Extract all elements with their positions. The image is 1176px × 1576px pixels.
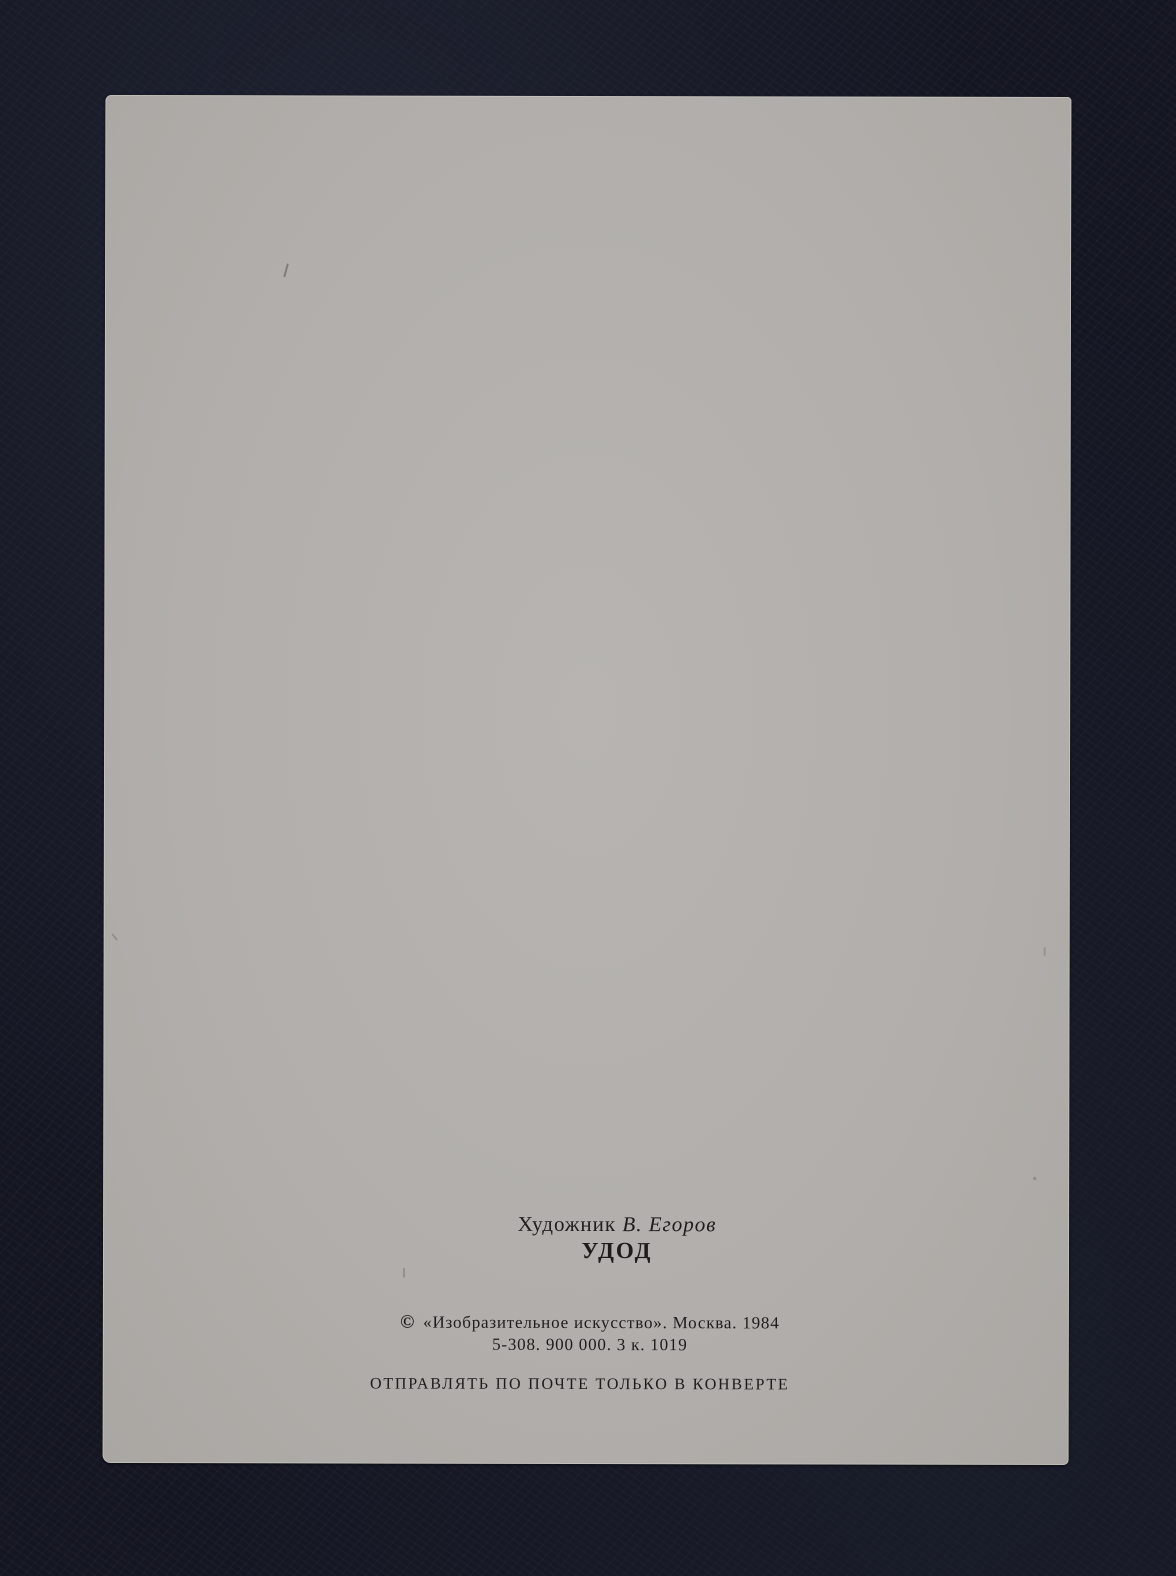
publisher-line: ©«Изобразительное искусство». Москва. 19… — [111, 1311, 1069, 1335]
paper-mark — [1044, 947, 1046, 956]
postcard-back: Художник В. Егоров УДОД ©«Изобразительно… — [103, 95, 1072, 1465]
copyright-icon: © — [400, 1312, 415, 1333]
paper-mark — [111, 933, 118, 940]
imprint-block: Художник В. Егоров УДОД ©«Изобразительно… — [103, 1210, 1069, 1397]
artist-label: Художник — [518, 1212, 616, 1236]
paper-mark — [283, 263, 289, 277]
artwork-title: УДОД — [165, 1236, 1069, 1266]
publisher-text: «Изобразительное искусство». Москва. 198… — [423, 1313, 779, 1333]
artist-credit: Художник В. Егоров — [165, 1210, 1069, 1238]
edition-info: 5-308. 900 000. 3 к. 1019 — [111, 1333, 1069, 1357]
artist-name: В. Егоров — [622, 1212, 716, 1236]
mail-notice: ОТПРАВЛЯТЬ ПО ПОЧТЕ ТОЛЬКО В КОНВЕРТЕ — [91, 1373, 1069, 1397]
paper-mark — [1033, 1177, 1036, 1180]
